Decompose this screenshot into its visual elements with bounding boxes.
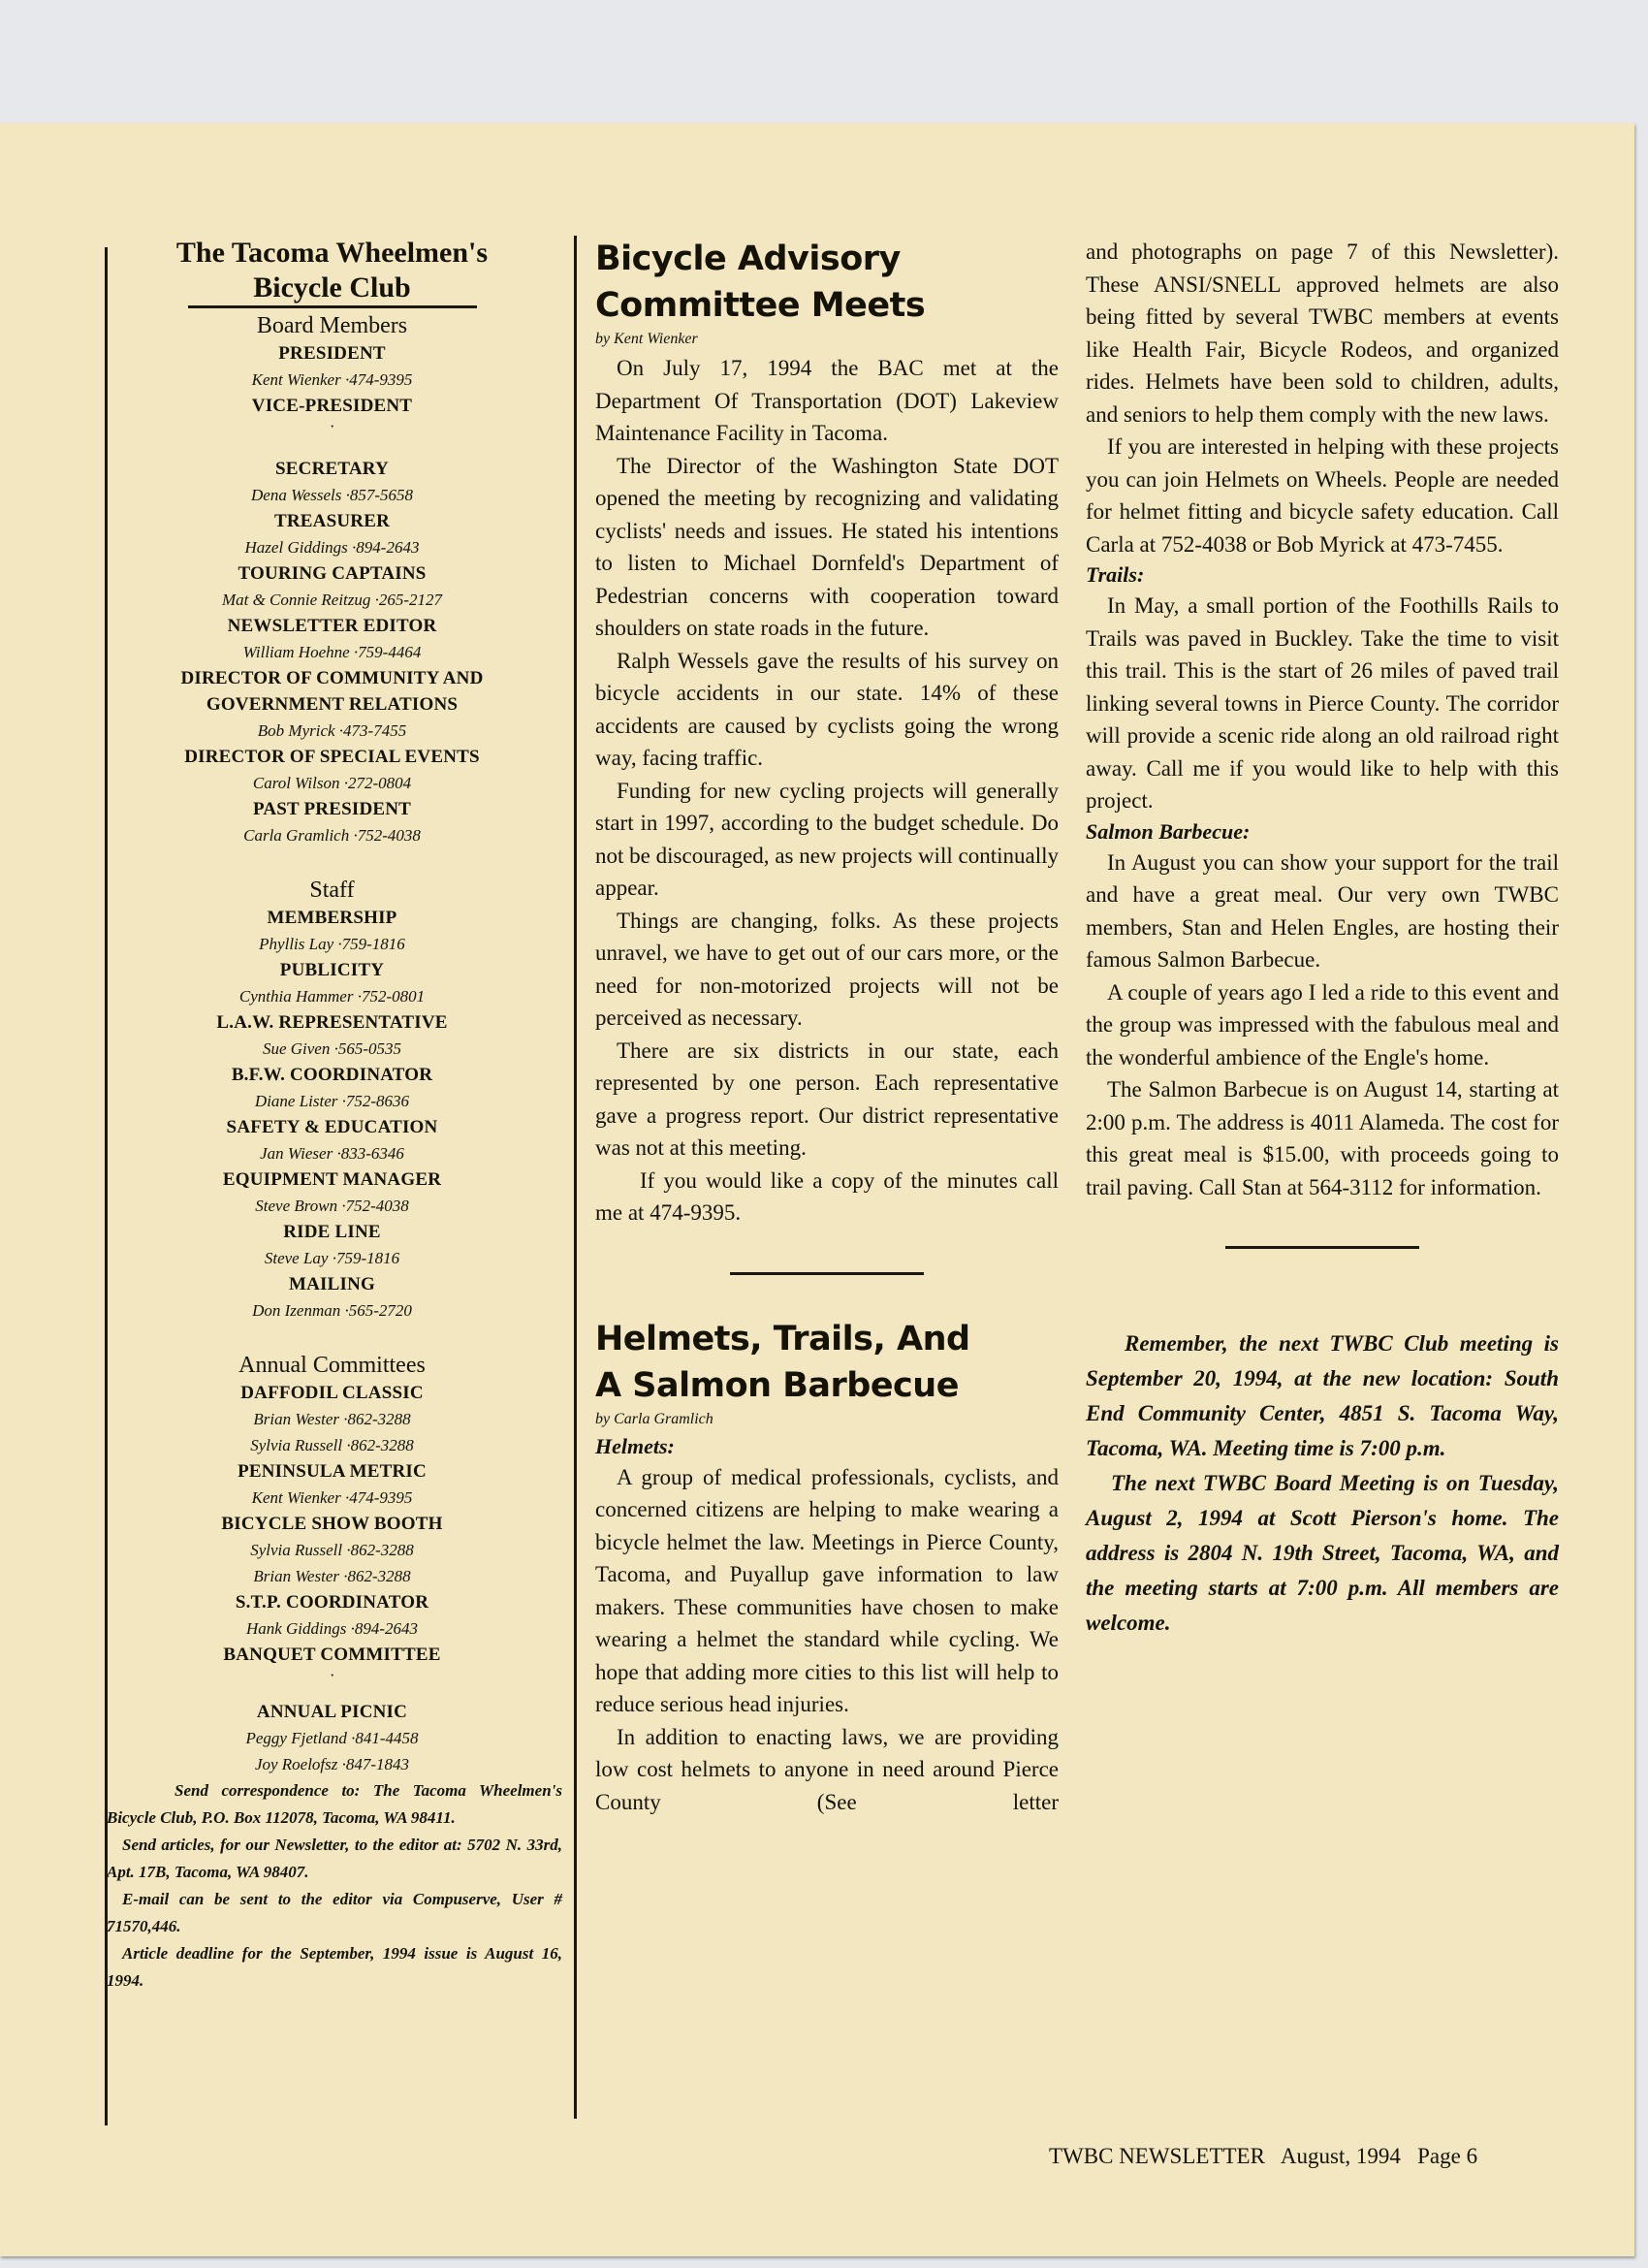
person-contact: Jan Wieser ·833-6346 [107,1140,557,1166]
person-contact: Carol Wilson ·272-0804 [107,770,557,796]
articles-note: Send articles, for our Newsletter, to th… [107,1832,562,1886]
committees-list: DAFFODIL CLASSIC Brian Wester ·862-3288 … [107,1380,557,1777]
role-label: SECRETARY [107,456,557,482]
person-contact: Kent Wienker ·474-9395 [107,367,557,393]
role-label: EQUIPMENT MANAGER [107,1166,557,1193]
role-label: PUBLICITY [107,957,557,983]
person-contact: Steve Lay ·759-1816 [107,1245,557,1271]
article-body: A group of medical professionals, cyclis… [595,1461,1059,1819]
role-label: DIRECTOR OF SPECIAL EVENTS [107,744,557,770]
article-divider [730,1272,924,1275]
person-contact: Brian Wester ·862-3288 [107,1406,557,1432]
role-label: ANNUAL PICNIC [107,1699,557,1725]
middle-column-rule [574,236,577,2119]
article-bicycle-advisory: Bicycle Advisory Committee Meets by Kent… [595,236,1059,1230]
person-contact: Dena Wessels ·857-5658 [107,482,557,508]
person-contact: Hazel Giddings ·894-2643 [107,534,557,560]
person-contact: Diane Lister ·752-8636 [107,1088,557,1114]
person-contact: Cynthia Hammer ·752-0801 [107,983,557,1009]
role-label: MEMBERSHIP [107,905,557,931]
role-label: S.T.P. COORDINATOR [107,1589,557,1615]
headline-line1: Helmets, Trails, And [595,1320,970,1358]
club-contact-notes: Send correspondence to: The Tacoma Wheel… [107,1777,562,1995]
trails-subheading: Trails: [1086,560,1559,590]
article-continued-body: and photographs on page 7 of this Newsle… [1086,236,1559,560]
headline-line2: A Salmon Barbecue [595,1366,959,1405]
footer-publication: TWBC NEWSLETTER [1049,2144,1265,2168]
article-byline: by Carla Gramlich [595,1409,1059,1430]
role-label: NEWSLETTER EDITOR [107,613,557,639]
paragraph: The Salmon Barbecue is on August 14, sta… [1086,1073,1559,1203]
board-meeting-reminder: The next TWBC Board Meeting is on Tuesda… [1086,1466,1559,1641]
person-contact: Phyllis Lay ·759-1816 [107,931,557,957]
article-helmets-trails: Helmets, Trails, And A Salmon Barbecue b… [595,1316,1059,1819]
paragraph: In May, a small portion of the Foothills… [1086,590,1559,817]
role-label: PRESIDENT [107,340,557,367]
role-label: DAFFODIL CLASSIC [107,1380,557,1406]
meeting-reminders: Remember, the next TWBC Club meeting is … [1086,1326,1559,1641]
role-label: VICE-PRESIDENT [107,393,557,419]
paragraph: On July 17, 1994 the BAC met at the Depa… [595,352,1059,450]
person-contact: Bob Myrick ·473-7455 [107,718,557,744]
person-contact: Steve Brown ·752-4038 [107,1193,557,1219]
paragraph: In addition to enacting laws, we are pro… [595,1721,1059,1819]
person-contact: Sylvia Russell ·862-3288 [107,1432,557,1458]
staff-heading: Staff [107,876,557,905]
barbecue-subheading: Salmon Barbecue: [1086,817,1559,847]
article-headline: Bicycle Advisory Committee Meets [595,236,1059,329]
person-contact: Hank Giddings ·894-2643 [107,1615,557,1642]
person-contact: Peggy Fjetland ·841-4458 [107,1725,557,1751]
section-divider [1225,1246,1419,1249]
person-contact: · [107,1668,557,1683]
paragraph: The Director of the Washington State DOT… [595,450,1059,645]
paragraph: If you would like a copy of the minutes … [595,1165,1059,1230]
person-contact: · [107,419,557,434]
article-body: On July 17, 1994 the BAC met at the Depa… [595,352,1059,1230]
paragraph: There are six districts in our state, ea… [595,1035,1059,1165]
board-list: PRESIDENT Kent Wienker ·474-9395 VICE-PR… [107,340,557,848]
trails-body: In May, a small portion of the Foothills… [1086,590,1559,817]
person-contact: Brian Wester ·862-3288 [107,1563,557,1589]
page-footer: TWBC NEWSLETTER August, 1994 Page 6 [1049,2144,1477,2169]
article-byline: by Kent Wienker [595,329,1059,350]
person-contact: Sue Given ·565-0535 [107,1036,557,1062]
board-members-heading: Board Members [107,311,557,340]
role-label: PENINSULA METRIC [107,1458,557,1485]
paragraph: A couple of years ago I led a ride to th… [1086,976,1559,1074]
paragraph: and photographs on page 7 of this Newsle… [1086,236,1559,431]
headline-line2: Committee Meets [595,286,925,325]
role-label: TOURING CAPTAINS [107,560,557,587]
helmets-subheading: Helmets: [595,1432,1059,1461]
role-label: DIRECTOR OF COMMUNITY AND GOVERNMENT REL… [107,665,557,718]
role-label: PAST PRESIDENT [107,796,557,822]
paragraph: Funding for new cycling projects will ge… [595,775,1059,905]
role-label: RIDE LINE [107,1219,557,1245]
email-note: E-mail can be sent to the editor via Com… [107,1886,562,1940]
paragraph: Ralph Wessels gave the results of his su… [595,645,1059,775]
role-label: L.A.W. REPRESENTATIVE [107,1009,557,1036]
middle-column: Bicycle Advisory Committee Meets by Kent… [595,236,1059,1818]
paragraph: Things are changing, folks. As these pro… [595,905,1059,1035]
person-contact: Don Izenman ·565-2720 [107,1297,557,1324]
person-contact: William Hoehne ·759-4464 [107,639,557,665]
role-label: BICYCLE SHOW BOOTH [107,1511,557,1537]
right-column: and photographs on page 7 of this Newsle… [1086,236,1559,1641]
headline-line1: Bicycle Advisory [595,240,901,278]
club-meeting-reminder: Remember, the next TWBC Club meeting is … [1086,1326,1559,1466]
person-contact: Joy Roelofsz ·847-1843 [107,1751,557,1777]
correspondence-note: Send correspondence to: The Tacoma Wheel… [107,1777,562,1832]
article-headline: Helmets, Trails, And A Salmon Barbecue [595,1316,1059,1409]
barbecue-body: In August you can show your support for … [1086,847,1559,1204]
role-label: TREASURER [107,508,557,534]
title-underline [188,305,477,308]
footer-date: August, 1994 [1281,2144,1401,2168]
club-title-line1: The Tacoma Wheelmen's [107,236,557,271]
role-label: BANQUET COMMITTEE [107,1642,557,1668]
staff-list: MEMBERSHIP Phyllis Lay ·759-1816 PUBLICI… [107,905,557,1324]
deadline-note: Article deadline for the September, 1994… [107,1940,562,1995]
person-contact: Sylvia Russell ·862-3288 [107,1537,557,1563]
person-contact: Mat & Connie Reitzug ·265-2127 [107,587,557,613]
paragraph: In August you can show your support for … [1086,847,1559,976]
role-label: SAFETY & EDUCATION [107,1114,557,1140]
person-contact: Kent Wienker ·474-9395 [107,1485,557,1511]
paragraph: A group of medical professionals, cyclis… [595,1461,1059,1721]
paragraph: If you are interested in helping with th… [1086,431,1559,560]
club-title-line2: Bicycle Club [107,271,557,305]
club-directory: The Tacoma Wheelmen's Bicycle Club Board… [107,236,557,1995]
role-label: MAILING [107,1271,557,1297]
footer-page-number: Page 6 [1417,2144,1477,2168]
person-contact: Carla Gramlich ·752-4038 [107,822,557,848]
annual-committees-heading: Annual Committees [107,1351,557,1380]
role-label: B.F.W. COORDINATOR [107,1062,557,1088]
